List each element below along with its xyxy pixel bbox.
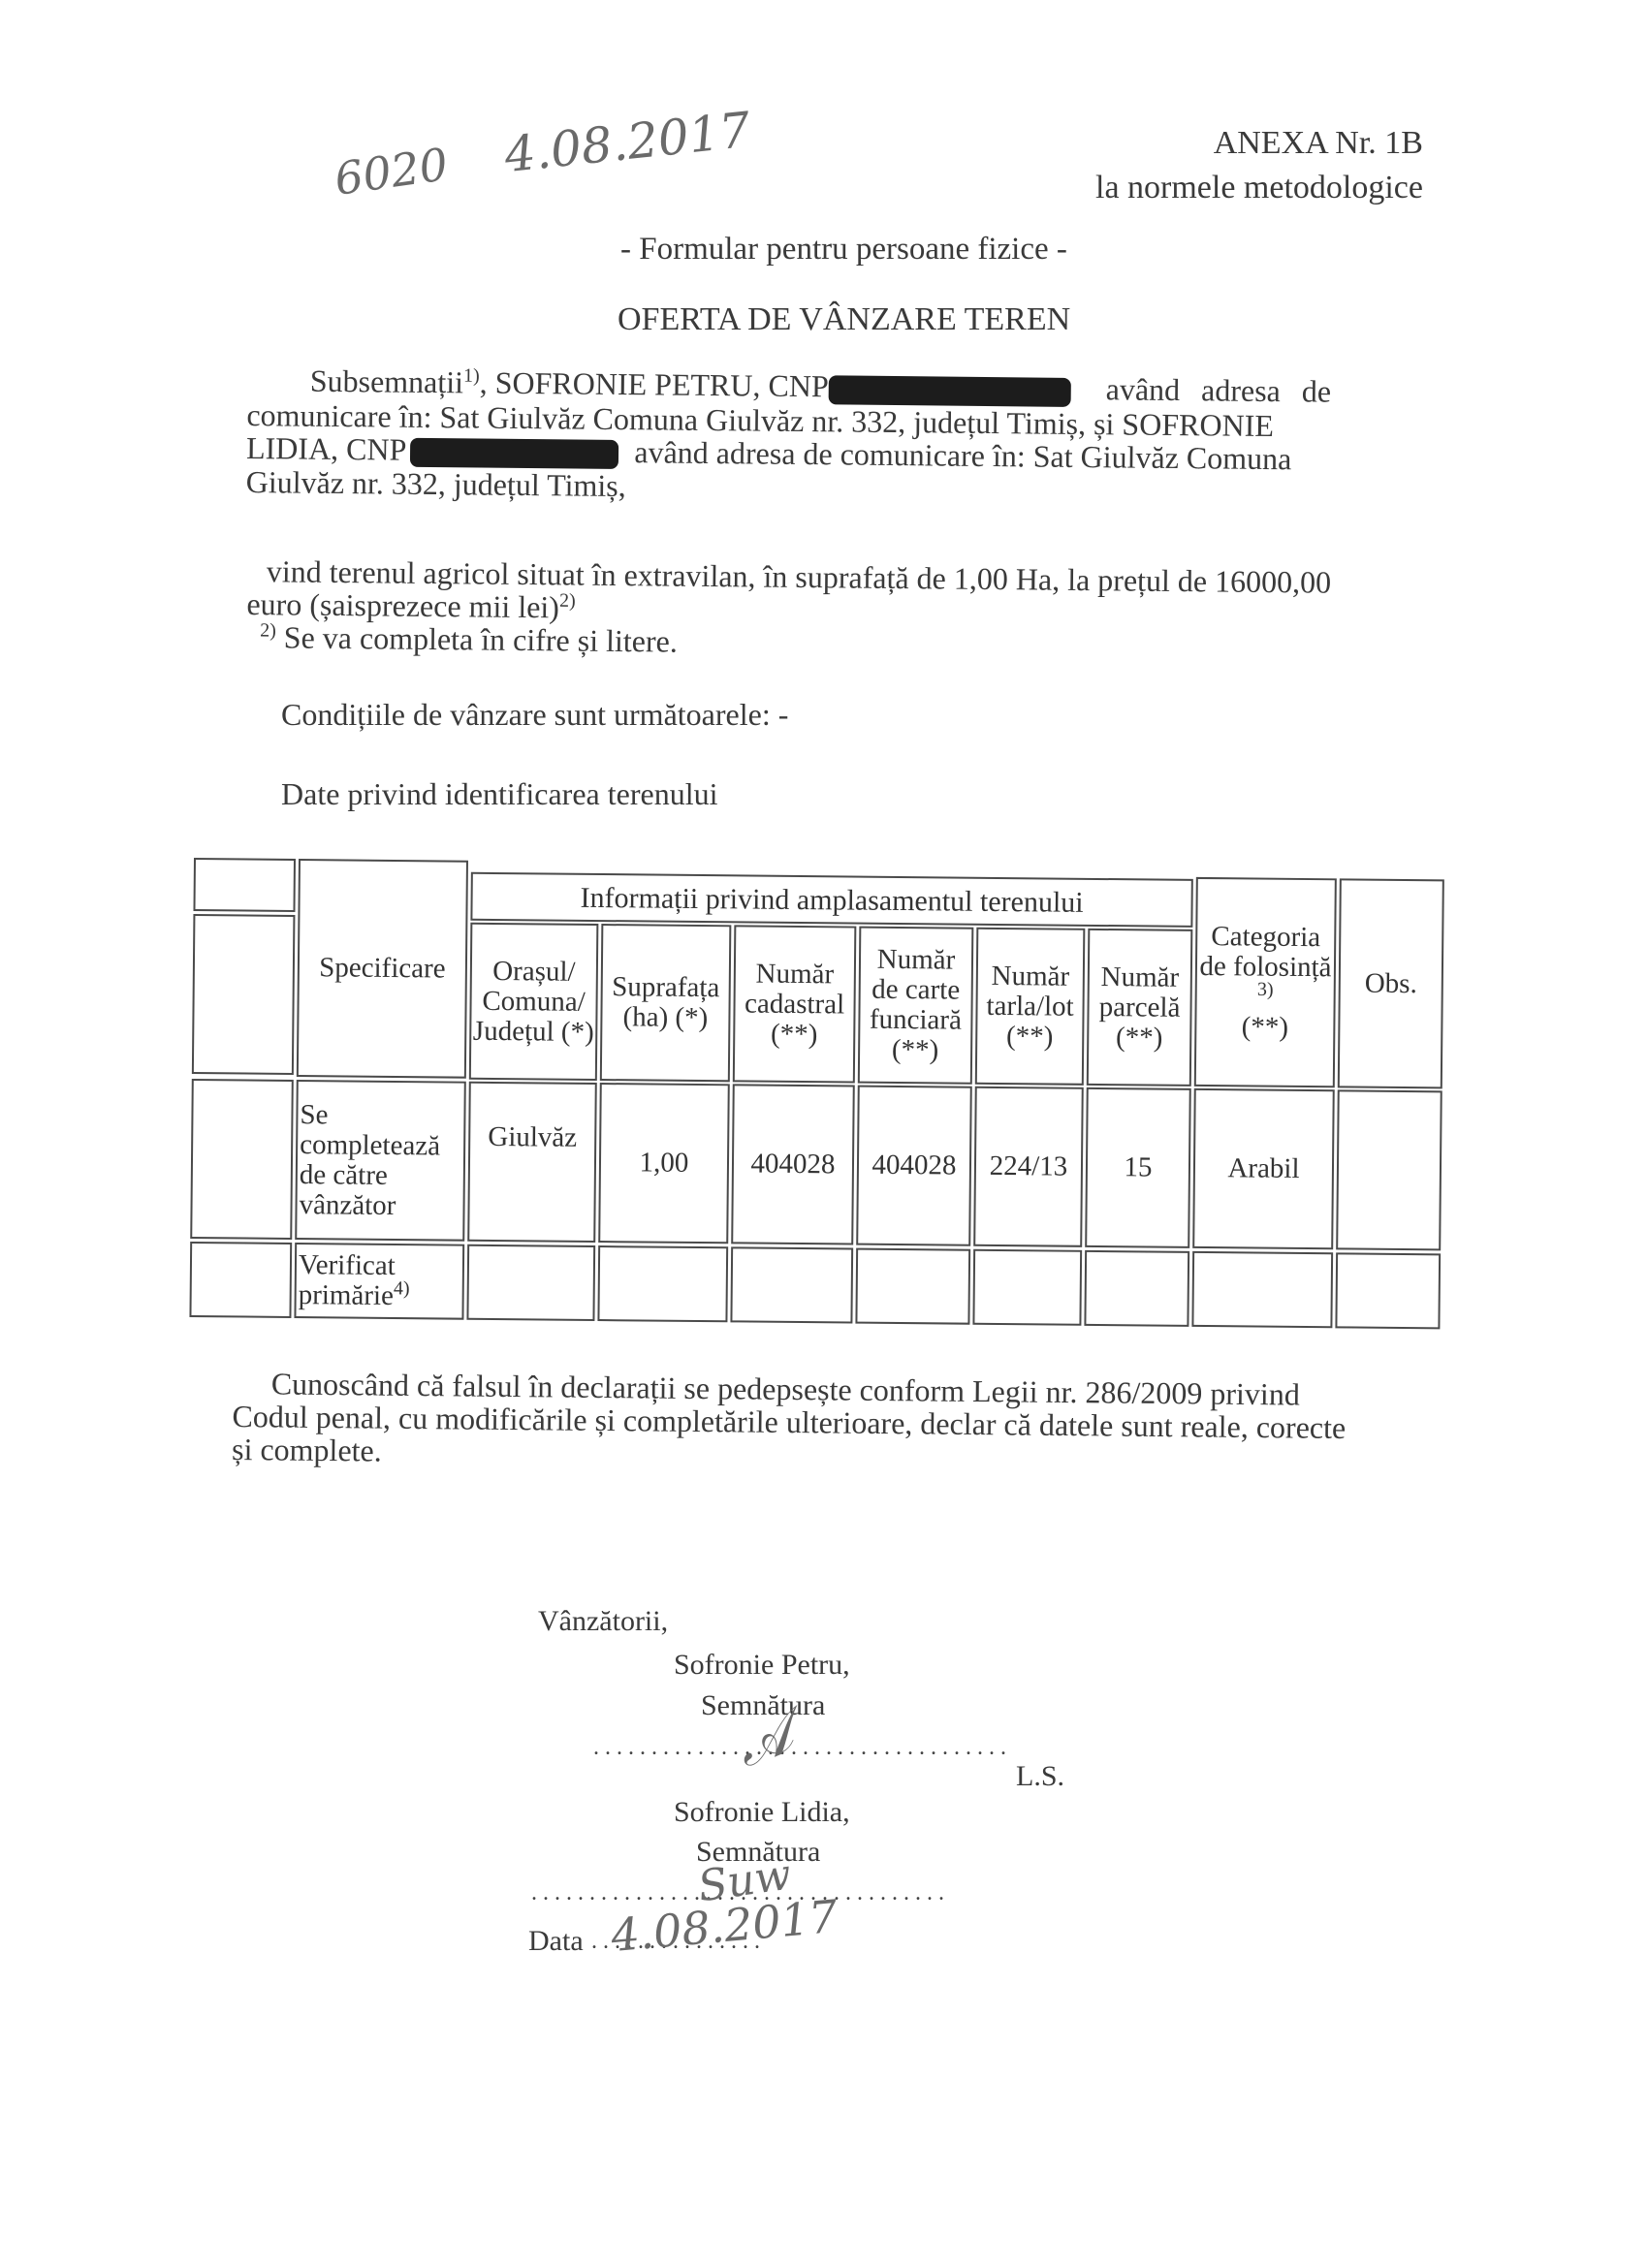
table-cell-locality: Giulvăz (467, 1082, 597, 1243)
blank-cell (190, 1079, 294, 1240)
footnote-ref-1: 1) (463, 365, 480, 387)
annex-title: ANEXA Nr. 1B (1214, 124, 1423, 164)
seller2-name: Sofronie Lidia, (674, 1795, 850, 1830)
intro-address-label: având adresa de (1106, 371, 1332, 408)
document-title: OFERTA DE VÂNZARE TEREN (618, 300, 1070, 340)
table-cell-empty (1191, 1251, 1333, 1328)
offer-price-words: euro (șaisprezece mii lei) (246, 586, 559, 624)
table-cell-cadastral: 404028 (731, 1084, 855, 1244)
table-cell-parcel: 15 (1085, 1087, 1191, 1248)
row-label-seller: Se completează de către vânzător (295, 1080, 466, 1242)
seller1-signature-line: .................................... (593, 1735, 1012, 1761)
table-cell-empty (597, 1245, 728, 1322)
row-label-town-hall: Verificat primărie4) (294, 1243, 464, 1320)
blank-cell (193, 858, 296, 912)
intro-paragraph: Subsemnații1), SOFRONIE PETRU, CNPavând … (246, 363, 1415, 511)
col-header-category: Categoria de folosință 3) (**) (1194, 877, 1337, 1087)
offer-paragraph: vind terenul agricol situat în extravila… (246, 554, 1420, 666)
col-header-land-book: Număr de carte funciară (**) (858, 927, 974, 1085)
land-identification-table: Specificare Informații privind amplasame… (189, 858, 1444, 1330)
handwritten-registration-number: 6020 (332, 138, 451, 205)
date-label: Data (528, 1924, 584, 1959)
land-data-label: Date privind identificarea terenului (281, 775, 717, 812)
redacted-cnp-1 (829, 375, 1071, 407)
col-header-cadastral: Număr cadastral (**) (733, 925, 857, 1083)
intro-subsemnatii: Subsemnații (310, 363, 464, 400)
declaration-paragraph: Cunoscând că falsul în declarații se ped… (232, 1367, 1425, 1478)
table-cell-area: 1,00 (598, 1083, 730, 1244)
col-header-locality: Orașul/ Comuna/ Județul (*) (469, 923, 599, 1081)
table-cell-category: Arabil (1192, 1088, 1335, 1249)
table-cell-empty (730, 1246, 853, 1323)
handwritten-date: 4.08.2017 (502, 102, 753, 183)
sellers-label: Vânzătorii, (538, 1604, 668, 1639)
footnote-ref-3: 3) (1257, 979, 1274, 1000)
intro-seller2: LIDIA, CNP (246, 430, 407, 467)
table-cell-empty (855, 1248, 970, 1325)
blank-cell (189, 1242, 292, 1318)
table-cell-empty (466, 1244, 595, 1321)
col-header-tarla: Număr tarla/lot (**) (975, 928, 1086, 1086)
table-cell-tarla: 224/13 (973, 1087, 1084, 1247)
spec-header: Specificare (297, 859, 468, 1079)
intro-seller1: , SOFRONIE PETRU, CNP (480, 365, 829, 404)
annex-subtitle: la normele metodologice (1095, 169, 1423, 208)
col-header-parcel: Număr parcelă (**) (1087, 929, 1193, 1087)
footnote-ref-2: 2) (559, 590, 576, 612)
intro-address-label-2: având adresa de comunicare în: Sat Giulv… (634, 434, 1291, 476)
sale-conditions: Condițiile de vânzare sunt următoarele: … (281, 696, 788, 733)
group-header: Informații privind amplasamentul terenul… (470, 872, 1192, 928)
table-cell-empty (1335, 1252, 1441, 1329)
col-header-obs: Obs. (1338, 878, 1444, 1088)
row-label-text: Verificat primărie (299, 1249, 396, 1311)
blank-cell (192, 914, 296, 1075)
footnote-ref-4: 4) (394, 1277, 410, 1299)
table-cell-land-book: 404028 (856, 1086, 972, 1246)
table-cell-obs (1336, 1089, 1442, 1250)
table-cell-empty (1084, 1250, 1189, 1327)
category-label: Categoria de folosință (1197, 922, 1335, 983)
footnote-2-text: Se va completa în cifre și litere. (284, 619, 678, 658)
seal-label: L.S. (1016, 1759, 1064, 1794)
footnote-2-marker: 2) (260, 619, 276, 641)
form-type: - Formular pentru persoane fizice - (620, 231, 1067, 269)
category-suffix: (**) (1242, 1012, 1289, 1042)
col-header-area: Suprafața (ha) (*) (600, 924, 732, 1082)
table-cell-empty (972, 1249, 1082, 1326)
redacted-cnp-2 (410, 438, 618, 469)
seller1-name: Sofronie Petru, (674, 1648, 850, 1683)
